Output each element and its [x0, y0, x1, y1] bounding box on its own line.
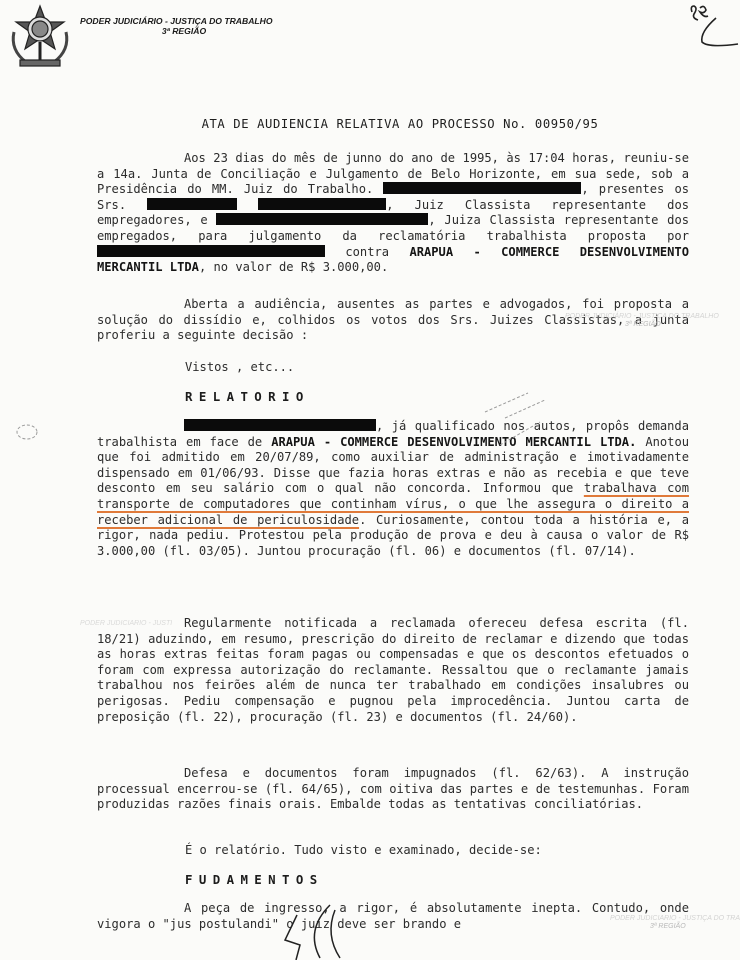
section-heading-relatorio: RELATORIO	[185, 389, 310, 404]
instruction-paragraph: Defesa e documentos foram impugnados (fl…	[97, 766, 689, 813]
court-stamp: PODER JUDICIÁRIO - JUSTIÇA DO TRABALHO 3…	[625, 313, 719, 329]
relatorio-paragraph: , já qualificado nos autos, propôs deman…	[97, 419, 689, 559]
handwritten-page-mark-icon	[686, 2, 740, 52]
document-page: PODER JUDICIÁRIO - JUSTIÇA DO TRABALHO 3…	[0, 0, 740, 960]
institution-name: PODER JUDICIÁRIO - JUSTIÇA DO TRABALHO	[80, 16, 273, 26]
redacted-classist-name	[147, 198, 237, 210]
redacted-claimant-name	[97, 245, 325, 257]
court-stamp-3: PODER JUDICIÁRIO - JUSTIÇA DO TRABALHO 3…	[650, 915, 740, 931]
institution-header: PODER JUDICIÁRIO - JUSTIÇA DO TRABALHO 3…	[80, 16, 300, 36]
vistos-line: Vistos , etc...	[185, 360, 294, 374]
defense-paragraph: Regularmente notificada a reclamada ofer…	[97, 616, 689, 725]
redacted-classist-name-2	[258, 198, 386, 210]
institution-region: 3ª REGIÃO	[80, 26, 300, 36]
brazil-coat-of-arms-icon	[6, 2, 74, 72]
court-stamp-2: PODER JUDICIÁRIO - JUSTIÇA DO TRABALHO	[80, 620, 172, 628]
section-heading-fundamentos: FUDAMENTOS	[185, 872, 324, 887]
defendant-name-2: ARAPUA - COMMERCE DESENVOLVIMENTO MERCAN…	[271, 435, 636, 449]
closing-line: É o relatório. Tudo visto e examinado, d…	[185, 843, 542, 857]
opening-paragraph: Aos 23 dias do mês de junno do ano de 19…	[97, 151, 689, 276]
redacted-judge-name	[383, 182, 581, 194]
document-title: ATA DE AUDIENCIA RELATIVA AO PROCESSO No…	[0, 117, 740, 131]
redacted-classist-name-3	[216, 213, 428, 225]
fundamentos-paragraph: A peça de ingresso, a rigor, é absolutam…	[97, 901, 689, 932]
redacted-claimant-name-2	[184, 419, 376, 431]
